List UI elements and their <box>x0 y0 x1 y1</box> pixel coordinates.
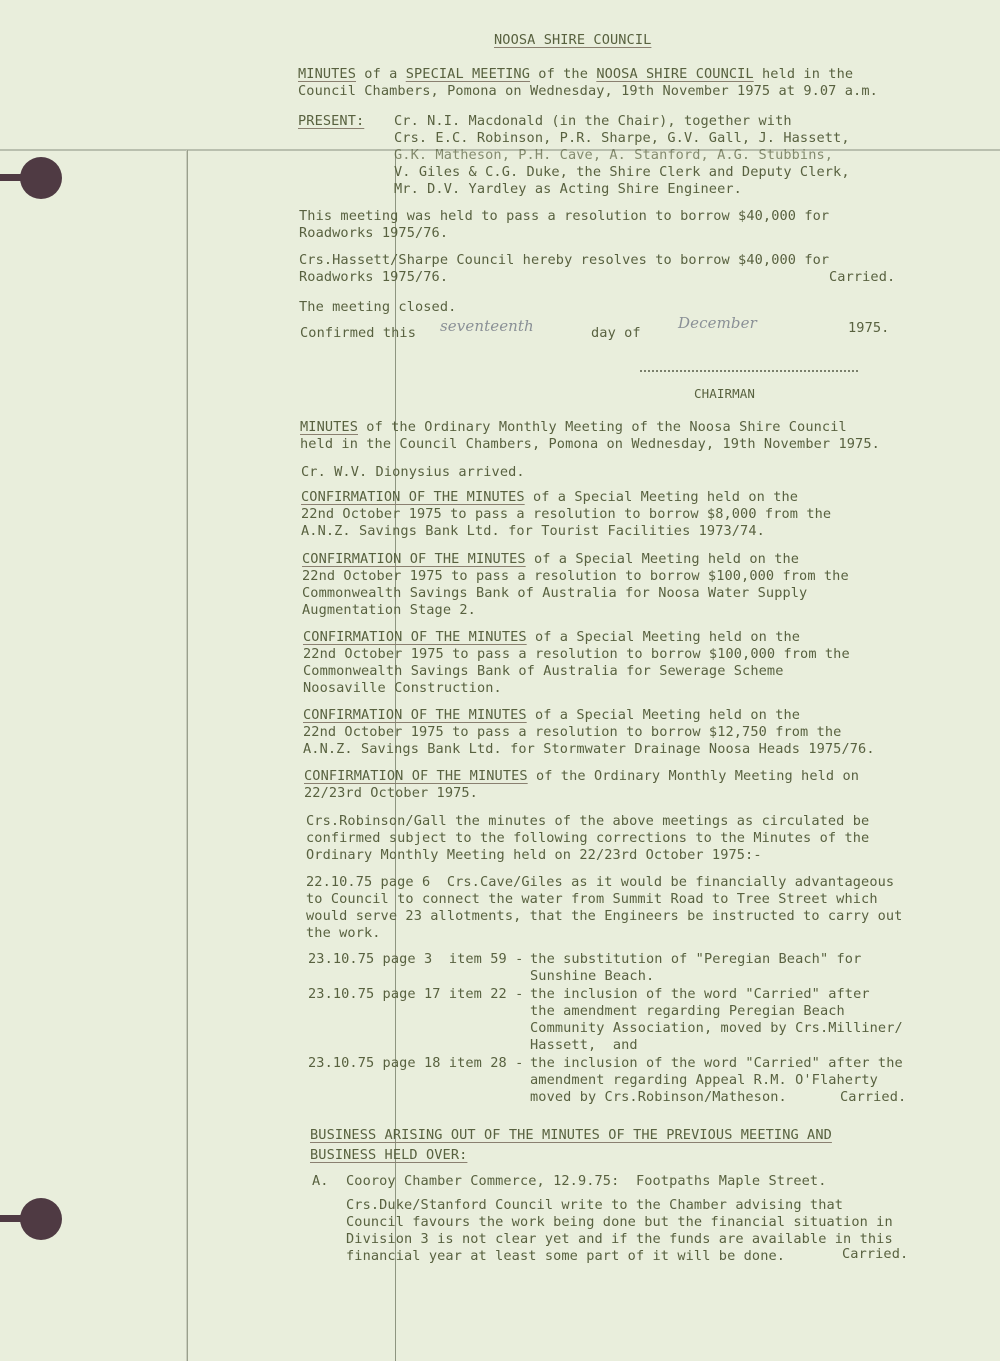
correction-line: to Council to connect the water from Sum… <box>306 891 878 908</box>
scanned-page: NOOSA SHIRE COUNCIL MINUTES of a SPECIAL… <box>0 0 1000 1361</box>
confirmation-line: Augmentation Stage 2. <box>302 602 476 619</box>
present-label: PRESENT: <box>298 113 364 130</box>
correction-line: the work. <box>306 925 381 942</box>
purpose-line: Roadworks 1975/76. <box>299 225 448 242</box>
business-item-line: Council favours the work being done but … <box>346 1214 893 1231</box>
present-line: Mr. D.V. Yardley as Acting Shire Enginee… <box>394 181 742 198</box>
business-item-status: Carried. <box>842 1246 908 1263</box>
correction-text: the inclusion of the word "Carried" afte… <box>530 986 870 1003</box>
correction-ref: 23.10.75 page 18 item 28 - <box>308 1055 523 1072</box>
punch-hole-icon <box>20 1198 62 1240</box>
confirmation-line: 22nd October 1975 to pass a resolution t… <box>302 568 849 585</box>
correction-ref: 23.10.75 page 17 item 22 - <box>308 986 523 1003</box>
confirmed-prefix: Confirmed this <box>300 325 416 342</box>
resolution-line: Roadworks 1975/76. <box>299 269 448 286</box>
confirmation-line: 22nd October 1975 to pass a resolution t… <box>303 646 850 663</box>
confirmation-line: 22nd October 1975 to pass a resolution t… <box>301 506 831 523</box>
business-item-line: Crs.Duke/Stanford Council write to the C… <box>346 1197 843 1214</box>
business-item-line: Division 3 is not clear yet and if the f… <box>346 1231 893 1248</box>
confirmation-heading: CONFIRMATION OF THE MINUTES of the Ordin… <box>304 768 859 785</box>
correction-text: Hassett, and <box>530 1037 638 1054</box>
confirmation-line: Noosaville Construction. <box>303 680 502 697</box>
present-line: Cr. N.I. Macdonald (in the Chair), toget… <box>394 113 792 130</box>
correction-text: the inclusion of the word "Carried" afte… <box>530 1055 903 1072</box>
present-line: G.K. Matheson, P.H. Cave, A. Stanford, A… <box>394 147 833 164</box>
motion-line: Crs.Robinson/Gall the minutes of the abo… <box>306 813 869 830</box>
arrival-note: Cr. W.V. Dionysius arrived. <box>301 464 525 481</box>
confirmation-line: A.N.Z. Savings Bank Ltd. for Stormwater … <box>303 741 875 758</box>
correction-text: amendment regarding Appeal R.M. O'Flaher… <box>530 1072 878 1089</box>
resolution-status: Carried. <box>829 269 895 286</box>
document-title: NOOSA SHIRE COUNCIL <box>494 32 651 49</box>
confirmation-line: Commonwealth Savings Bank of Australia f… <box>302 585 807 602</box>
present-line: V. Giles & C.G. Duke, the Shire Clerk an… <box>394 164 850 181</box>
confirmation-line: A.N.Z. Savings Bank Ltd. for Tourist Fac… <box>301 523 765 540</box>
signature-label: CHAIRMAN <box>694 385 755 402</box>
confirmation-line: 22nd October 1975 to pass a resolution t… <box>303 724 841 741</box>
business-item-marker: A. <box>312 1173 329 1190</box>
confirmation-heading: CONFIRMATION OF THE MINUTES of a Special… <box>303 707 800 724</box>
confirmation-heading: CONFIRMATION OF THE MINUTES of a Special… <box>303 629 800 646</box>
correction-text: Community Association, moved by Crs.Mill… <box>530 1020 903 1037</box>
correction-line: 22.10.75 page 6 Crs.Cave/Giles as it wou… <box>306 874 894 891</box>
correction-line: would serve 23 allotments, that the Engi… <box>306 908 902 925</box>
correction-text: moved by Crs.Robinson/Matheson. <box>530 1089 787 1106</box>
business-heading: BUSINESS HELD OVER: <box>310 1147 467 1164</box>
handwritten-month: December <box>678 315 757 332</box>
handwritten-day: seventeenth <box>440 318 534 335</box>
confirmation-heading: CONFIRMATION OF THE MINUTES of a Special… <box>301 489 798 506</box>
business-item-line: financial year at least some part of it … <box>346 1248 785 1265</box>
ordinary-meeting-heading: MINUTES of the Ordinary Monthly Meeting … <box>300 419 847 436</box>
meeting-closed: The meeting closed. <box>299 299 456 316</box>
motion-line: Ordinary Monthly Meeting held on 22/23rd… <box>306 847 762 864</box>
resolution-line: Crs.Hassett/Sharpe Council hereby resolv… <box>299 252 829 269</box>
margin-line-left <box>186 150 188 1361</box>
special-meeting-heading-line2: Council Chambers, Pomona on Wednesday, 1… <box>298 83 878 100</box>
confirmation-heading: CONFIRMATION OF THE MINUTES of a Special… <box>302 551 799 568</box>
signature-line <box>640 370 858 373</box>
punch-hole-icon <box>20 157 62 199</box>
confirmation-line: 22/23rd October 1975. <box>304 785 478 802</box>
business-heading: BUSINESS ARISING OUT OF THE MINUTES OF T… <box>310 1127 832 1144</box>
correction-ref: 23.10.75 page 3 item 59 - <box>308 951 523 968</box>
special-meeting-heading: MINUTES of a SPECIAL MEETING of the NOOS… <box>298 66 853 83</box>
correction-text: Sunshine Beach. <box>530 968 654 985</box>
confirmed-mid: day of <box>591 325 641 342</box>
ordinary-meeting-heading-line2: held in the Council Chambers, Pomona on … <box>300 436 880 453</box>
corrections-status: Carried. <box>840 1089 906 1106</box>
correction-text: the substitution of "Peregian Beach" for <box>530 951 861 968</box>
correction-text: the amendment regarding Peregian Beach <box>530 1003 845 1020</box>
purpose-line: This meeting was held to pass a resoluti… <box>299 208 829 225</box>
business-item-title: Cooroy Chamber Commerce, 12.9.75: Footpa… <box>346 1173 826 1190</box>
confirmation-line: Commonwealth Savings Bank of Australia f… <box>303 663 783 680</box>
confirmed-year: 1975. <box>848 320 889 337</box>
motion-line: confirmed subject to the following corre… <box>306 830 869 847</box>
present-line: Crs. E.C. Robinson, P.R. Sharpe, G.V. Ga… <box>394 130 850 147</box>
